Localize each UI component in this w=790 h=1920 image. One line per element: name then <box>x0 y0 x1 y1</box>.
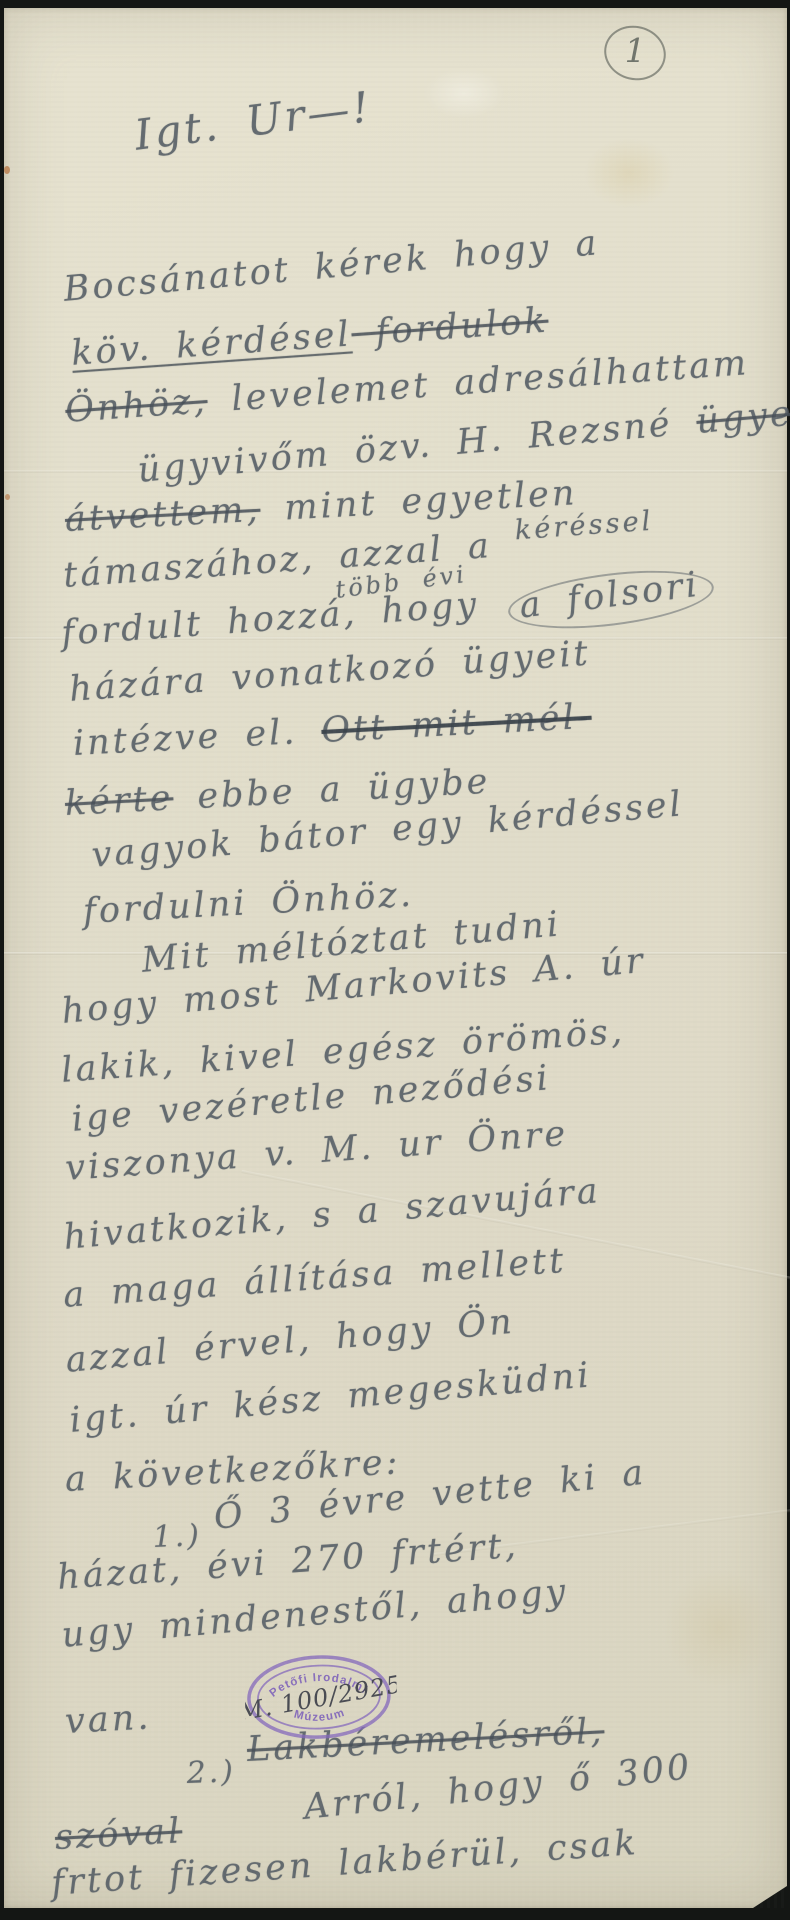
handwriting-segment: házára vonatkozó ügyeit <box>68 634 592 710</box>
stamp-top-text-path: Petőfi Irodalmi <box>267 1670 370 1700</box>
handwriting-segment: támaszához, azzal a <box>62 524 517 596</box>
handwriting-segment: a maga állítása mellett <box>62 1241 567 1316</box>
handwriting-segment: Lakbéremelésről, <box>246 1711 605 1770</box>
handwriting-segment: frtot fizesen lakbérül, csak <box>50 1823 640 1904</box>
handwritten-line: van. <box>64 1697 152 1741</box>
paper-stain <box>664 1568 774 1688</box>
handwriting-segment: fordulni Önhöz. <box>82 875 415 932</box>
page-number-circle: 1 <box>598 19 671 86</box>
fold-crease <box>4 470 787 473</box>
list-item-1-marker: 1.) <box>152 1518 203 1555</box>
handwriting-segment: a következőkre: <box>64 1442 401 1500</box>
handwritten-line: köv. kérdésel fordulok <box>70 301 550 374</box>
handwritten-line: házat, évi 270 frtért, <box>56 1526 520 1598</box>
handwriting-segment: ügyvivőm özv. H. Rezsné <box>136 402 698 491</box>
handwritten-line: házára vonatkozó ügyeit <box>68 634 592 710</box>
handwriting-segment: 2.) <box>186 1754 237 1791</box>
handwriting-segment: ige vezéretle neződési <box>70 1058 552 1140</box>
fold-crease-diagonal <box>241 1170 790 1291</box>
handwritten-line: Önhöz, levelemet adresálhattam <box>64 343 750 431</box>
paper-stain <box>584 138 674 208</box>
handwritten-line: ügyvivőm özv. H. Rezsné ügyeit <box>136 391 790 491</box>
handwriting-segment: viszonya v. M. ur Önre <box>64 1114 569 1189</box>
handwritten-line: hivatkozik, s a szavujára <box>62 1171 602 1258</box>
handwritten-line: vagyok bátor egy kérdéssel <box>90 784 685 876</box>
letter-paper: 1 Igt. Ur—!Bocsánatot kérek hogy aköv. k… <box>4 8 787 1908</box>
handwriting-segment: intézve el. <box>72 711 322 764</box>
handwritten-line: Bocsánatot kérek hogy a <box>62 223 601 310</box>
photo-corner-cut <box>753 1886 787 1908</box>
handwriting-segment: ebbe a ügybe <box>172 762 491 819</box>
museum-stamp: Petőfi Irodalmi Múzeum M. 100/2925 <box>243 1650 398 1747</box>
stamp-inner-oval <box>257 1663 381 1730</box>
handwritten-line: Arról, hogy ő 300 <box>302 1747 694 1828</box>
handwritten-line: Mit méltóztat tudni <box>140 904 563 981</box>
handwriting-segment: a folsori <box>505 561 717 638</box>
handwriting-segment: több évi <box>334 560 468 604</box>
letter-photo: 1 Igt. Ur—!Bocsánatot kérek hogy aköv. k… <box>0 0 790 1920</box>
stamp-outer-oval <box>248 1655 391 1740</box>
stamp-bottom-text-path: Múzeum <box>292 1707 347 1725</box>
handwriting-segment: 1.) <box>152 1518 203 1555</box>
stamp-bottom-text: Múzeum <box>292 1707 347 1725</box>
handwriting-segment: van. <box>64 1697 152 1741</box>
handwritten-line: azzal érvel, hogy Ön <box>64 1302 516 1381</box>
handwriting-segment: kérte <box>64 778 174 824</box>
stamp-top-text: Petőfi Irodalmi <box>267 1670 370 1700</box>
handwritten-line: frtot fizesen lakbérül, csak <box>50 1823 640 1904</box>
list-item-2-marker: 2.) <box>186 1754 237 1791</box>
page-number: 1 <box>625 31 646 70</box>
fold-crease <box>4 637 787 640</box>
handwriting-segment: azzal érvel, hogy Ön <box>64 1302 516 1381</box>
handwritten-line: ige vezéretle neződési <box>70 1058 552 1140</box>
fold-crease <box>4 952 787 955</box>
handwriting-segment: hivatkozik, s a szavujára <box>62 1171 602 1258</box>
handwritten-line: a következőkre: <box>64 1442 401 1500</box>
handwriting-segment: lakik, kivel egész örömös, <box>60 1012 626 1091</box>
handwriting-segment: Mit méltóztat tudni <box>140 904 563 981</box>
handwritten-line: ugy mindenestől, ahogy <box>60 1572 570 1656</box>
rust-speck <box>5 494 10 500</box>
handwritten-line: támaszához, azzal a kéréssel <box>62 515 656 596</box>
handwritten-line: kérte ebbe a ügybe <box>64 762 491 824</box>
handwriting-segment: ugy mindenestől, ahogy <box>60 1572 570 1656</box>
handwriting-segment: Igt. Ur—! <box>132 82 375 160</box>
inserted-correction: több évi <box>334 560 468 604</box>
handwriting-segment: igt. úr kész megesküdni <box>68 1355 593 1440</box>
handwritten-line: a maga állítása mellett <box>62 1241 567 1316</box>
handwriting-segment: Ott mit mél- <box>320 697 592 751</box>
handwritten-line: igt. úr kész megesküdni <box>68 1355 593 1440</box>
handwritten-line: Lakbéremelésről, <box>246 1711 605 1770</box>
handwriting-segment: hogy most Markovits A. úr <box>60 941 647 1032</box>
handwriting-segment: házat, évi 270 frtért, <box>56 1526 520 1598</box>
handwriting-segment: fordult hozzá, hogy <box>60 583 504 654</box>
handwriting-segment: átvettem, <box>64 490 261 540</box>
handwritten-line: Ő 3 évre vette ki a <box>212 1453 648 1538</box>
handwritten-line: átvettem, mint egyetlen <box>64 473 578 540</box>
handwritten-line: szóval <box>54 1811 183 1858</box>
handwritten-line: viszonya v. M. ur Önre <box>64 1114 569 1189</box>
rust-speck <box>4 166 10 174</box>
handwritten-line: fordult hozzá, hogy a folsori <box>60 566 716 663</box>
handwriting-segment: ügyeit <box>695 391 790 442</box>
handwritten-line: lakik, kivel egész örömös, <box>60 1012 626 1091</box>
handwritten-line: intézve el. Ott mit mél- <box>72 697 593 764</box>
handwriting-segment: kéréssel <box>514 506 655 547</box>
handwriting-segment: köv. kérdésel <box>70 314 353 373</box>
handwriting-segment: szóval <box>54 1811 183 1858</box>
handwriting-segment: Ő 3 évre vette ki a <box>212 1453 648 1538</box>
handwriting-segment: levelemet adresálhattam <box>206 343 750 421</box>
handwritten-line: hogy most Markovits A. úr <box>60 941 647 1032</box>
handwriting-segment: Bocsánatot kérek hogy a <box>62 223 601 310</box>
handwriting-segment: mint egyetlen <box>259 473 578 530</box>
fold-crease-diagonal <box>434 1509 790 1556</box>
paper-stain <box>424 68 504 118</box>
handwriting-segment: vagyok bátor egy kérdéssel <box>90 784 685 876</box>
handwritten-line: fordulni Önhöz. <box>82 875 415 932</box>
stamp-inventory-number: M. 100/2925 <box>243 1670 398 1727</box>
salutation: Igt. Ur—! <box>132 82 375 160</box>
handwriting-segment: fordulok <box>350 301 550 355</box>
handwriting-segment: Önhöz, <box>64 381 209 431</box>
handwriting-segment: Arról, hogy ő 300 <box>302 1747 694 1828</box>
